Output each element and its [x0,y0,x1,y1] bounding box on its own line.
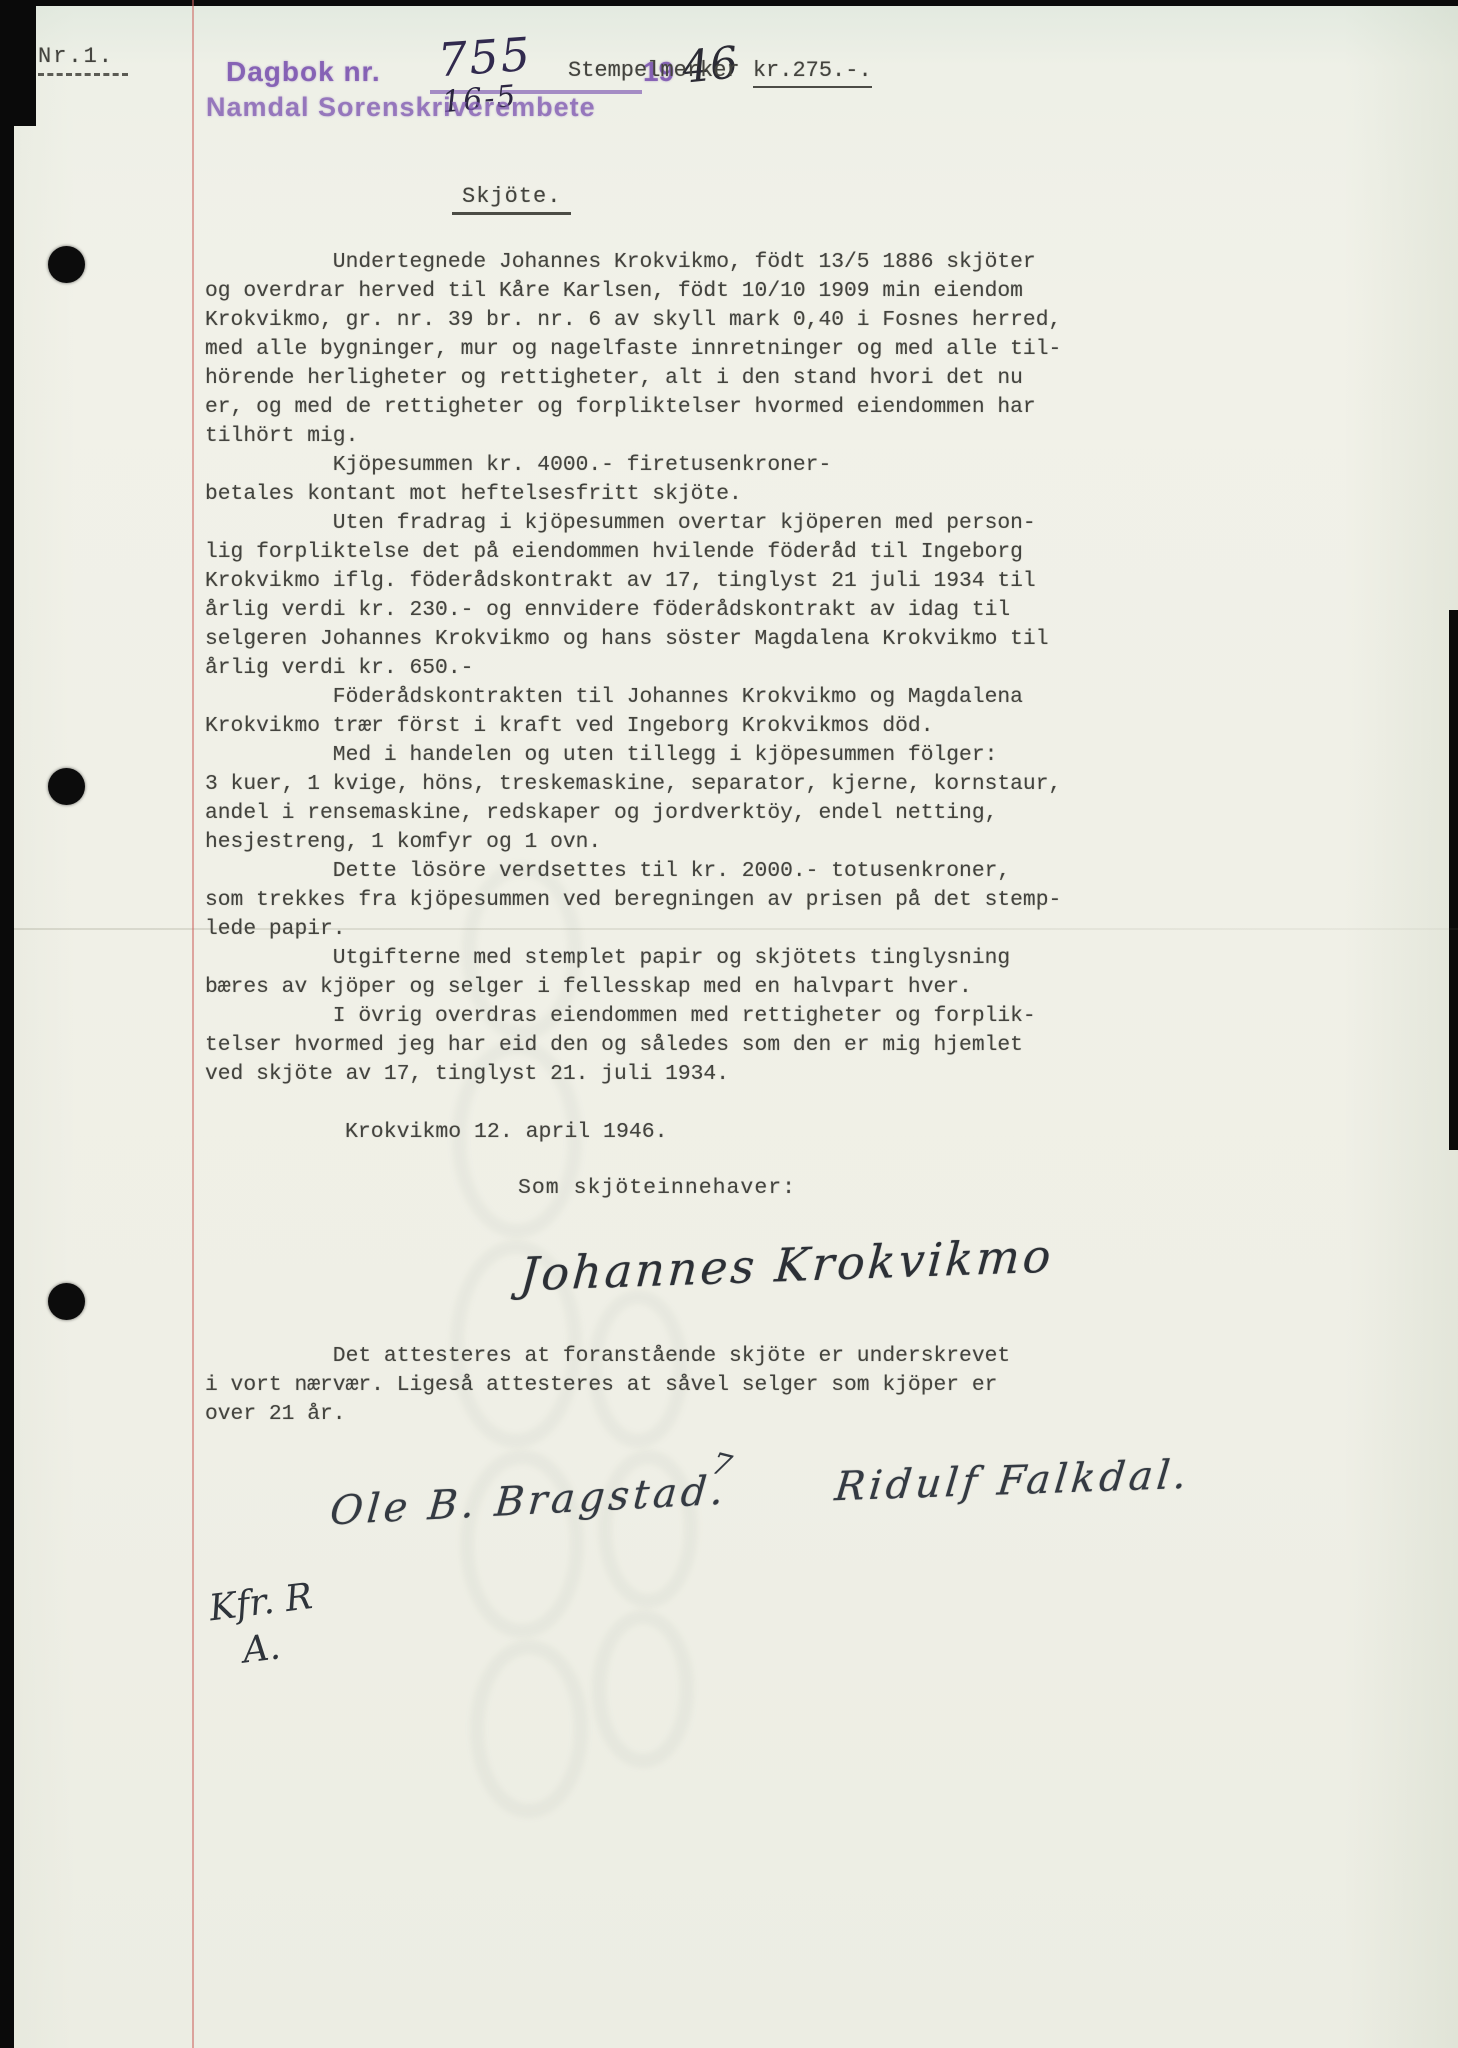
scanned-document-page: Nr.1. Dagbok nr. 19 755 46 16-5 Namdal S… [0,0,1458,2048]
scan-edge-artifact [0,0,36,126]
clerk-initials-line2: A. [240,1620,321,1675]
margin-ruled-line [192,0,194,2048]
scan-edge-artifact [1449,610,1458,1150]
dagbok-stamp-label: Dagbok nr. [226,56,381,88]
attestation-text: Det attesteres at foranstående skjöte er… [205,1342,1010,1429]
stamp-fee-amount: kr.275.-. [753,58,872,88]
journal-page-number: Nr.1. [38,44,128,76]
signature-caption: Som skjöteinnehaver: [518,1176,796,1200]
punch-hole [48,246,85,283]
punch-hole [48,768,85,805]
dagbok-entry-number-handwritten: 755 [436,27,533,87]
bleedthrough-artifact [470,1640,588,1818]
document-title: Skjöte. [452,184,571,215]
office-stamp: Namdal Sorenskriverembete [206,92,596,123]
deed-body-text: Undertegnede Johannes Krokvikmo, födt 13… [205,248,1061,1089]
bleedthrough-artifact [592,1610,694,1768]
clerk-initials: Kfr. R A. [207,1574,321,1678]
punch-hole [48,1283,85,1320]
stamp-fee-prefix: Stempelmerker [568,58,753,83]
stamp-fee-line: Stempelmerker kr.275.-. [568,58,872,83]
dateline: Krokvikmo 12. april 1946. [345,1120,668,1144]
